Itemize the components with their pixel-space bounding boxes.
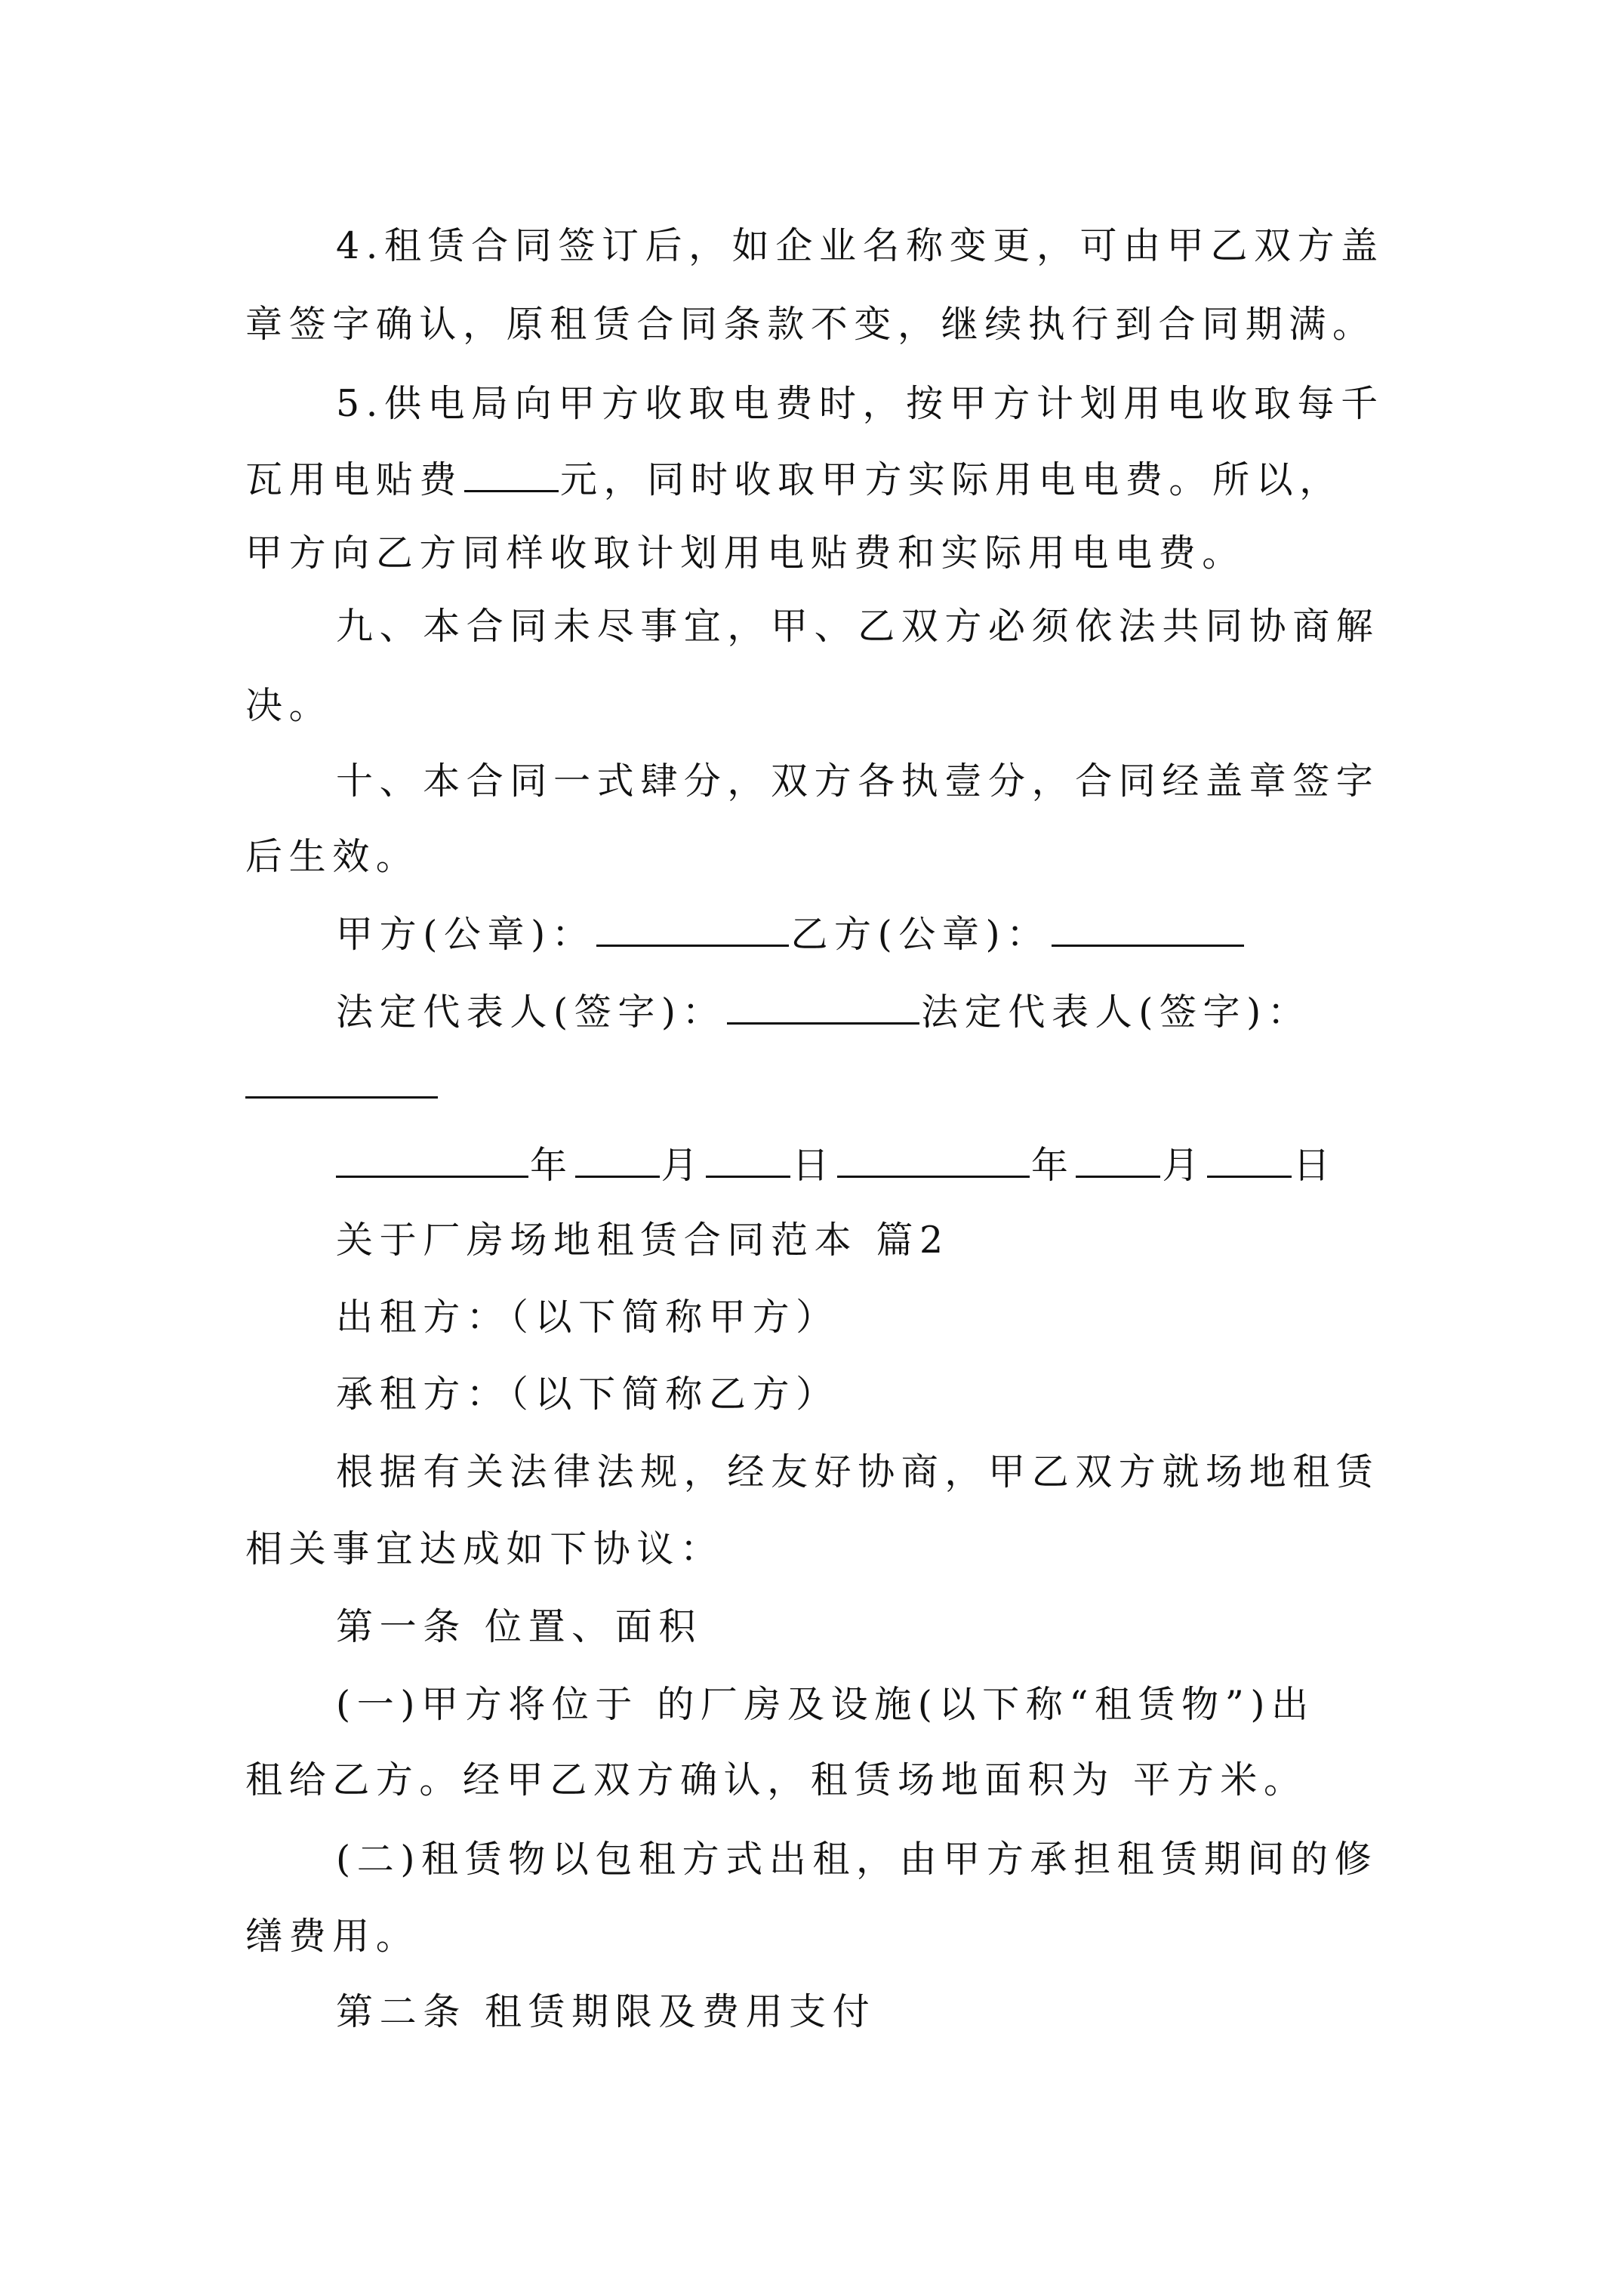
date-a-month-field[interactable] [575, 1142, 660, 1178]
legal-rep-a-label: 法定代表人(签字)： [336, 991, 725, 1034]
legal-rep-b-field-line [245, 1063, 439, 1108]
lessee-line: 承租方：（以下简称乙方） [336, 1372, 839, 1417]
legal-rep-line: 法定代表人(签字)：法定代表人(签字)： [336, 989, 1310, 1034]
legal-rep-b-field[interactable] [245, 1063, 438, 1099]
date-a-month-label: 月 [661, 1144, 705, 1187]
section-2-heading: 关于厂房场地租赁合同范本 篇2 [336, 1218, 950, 1263]
date-line: 年月日年月日 [336, 1142, 1337, 1188]
article-1-item-1-line-1: (一)甲方将位于 的厂房及设施(以下称“租赁物”)出 [336, 1682, 1315, 1727]
clause-4-line-2: 章签字确认，原租赁合同条款不变，继续执行到合同期满。 [245, 302, 1376, 347]
preamble-line-2: 相关事宜达成如下协议： [245, 1527, 724, 1572]
date-a-day-field[interactable] [706, 1142, 790, 1178]
date-a-day-label: 日 [792, 1144, 836, 1187]
clause-5-text-after-blank: 元，同时收取甲方实际用电电费。所以， [560, 458, 1343, 501]
date-b-year-field[interactable] [837, 1142, 1030, 1178]
clause-5-line-2: 瓦用电贴费元，同时收取甲方实际用电电费。所以， [245, 457, 1343, 502]
document-page: 4.租赁合同签订后，如企业名称变更，可由甲乙双方盖 章签字确认，原租赁合同条款不… [0, 0, 1623, 2296]
article-1-item-2-line-1: (二)租赁物以包租方式出租，由甲方承担租赁期间的修 [336, 1837, 1378, 1882]
article-2-title: 第二条 租赁期限及费用支付 [336, 1989, 876, 2035]
article-9-line-1: 九、本合同未尽事宜，甲、乙双方必须依法共同协商解 [336, 604, 1379, 649]
article-1-item-1-line-2: 租给乙方。经甲乙双方确认，租赁场地面积为 平方米。 [245, 1758, 1307, 1803]
clause-5-line-1: 5.供电局向甲方收取电费时，按甲方计划用电收取每千 [336, 381, 1384, 427]
seal-line: 甲方(公章)：乙方(公章)： [336, 911, 1246, 957]
date-b-day-label: 日 [1293, 1144, 1337, 1187]
article-1-item-2-line-2: 缮费用。 [245, 1914, 419, 1959]
date-b-month-field[interactable] [1076, 1142, 1160, 1178]
party-a-seal-label: 甲方(公章)： [336, 913, 595, 956]
legal-rep-a-field[interactable] [727, 989, 919, 1025]
article-1-title: 第一条 位置、面积 [336, 1604, 702, 1650]
article-10-line-2: 后生效。 [245, 834, 419, 880]
lessor-line: 出租方：（以下简称甲方） [336, 1295, 839, 1340]
date-a-year-field[interactable] [336, 1142, 528, 1178]
date-b-day-field[interactable] [1207, 1142, 1292, 1178]
clause-5-text-before-blank: 瓦用电贴费 [245, 458, 463, 501]
party-b-seal-label: 乙方(公章)： [790, 913, 1049, 956]
article-9-line-2: 决。 [245, 683, 332, 729]
legal-rep-b-label: 法定代表人(签字)： [921, 991, 1310, 1034]
clause-4-line-1: 4.租赁合同签订后，如企业名称变更，可由甲乙双方盖 [336, 223, 1384, 269]
preamble-line-1: 根据有关法律法规，经友好协商，甲乙双方就场地租赁 [336, 1450, 1379, 1495]
article-10-line-1: 十、本合同一式肆分，双方各执壹分，合同经盖章签字 [336, 759, 1379, 804]
party-b-seal-field[interactable] [1052, 911, 1244, 947]
clause-5-line-3: 甲方向乙方同样收取计划用电贴费和实际用电电费。 [245, 531, 1246, 576]
date-b-year-label: 年 [1031, 1144, 1075, 1187]
date-a-year-label: 年 [530, 1144, 574, 1187]
fee-blank-field[interactable] [464, 457, 559, 492]
date-b-month-label: 月 [1162, 1144, 1206, 1187]
party-a-seal-field[interactable] [596, 911, 789, 947]
